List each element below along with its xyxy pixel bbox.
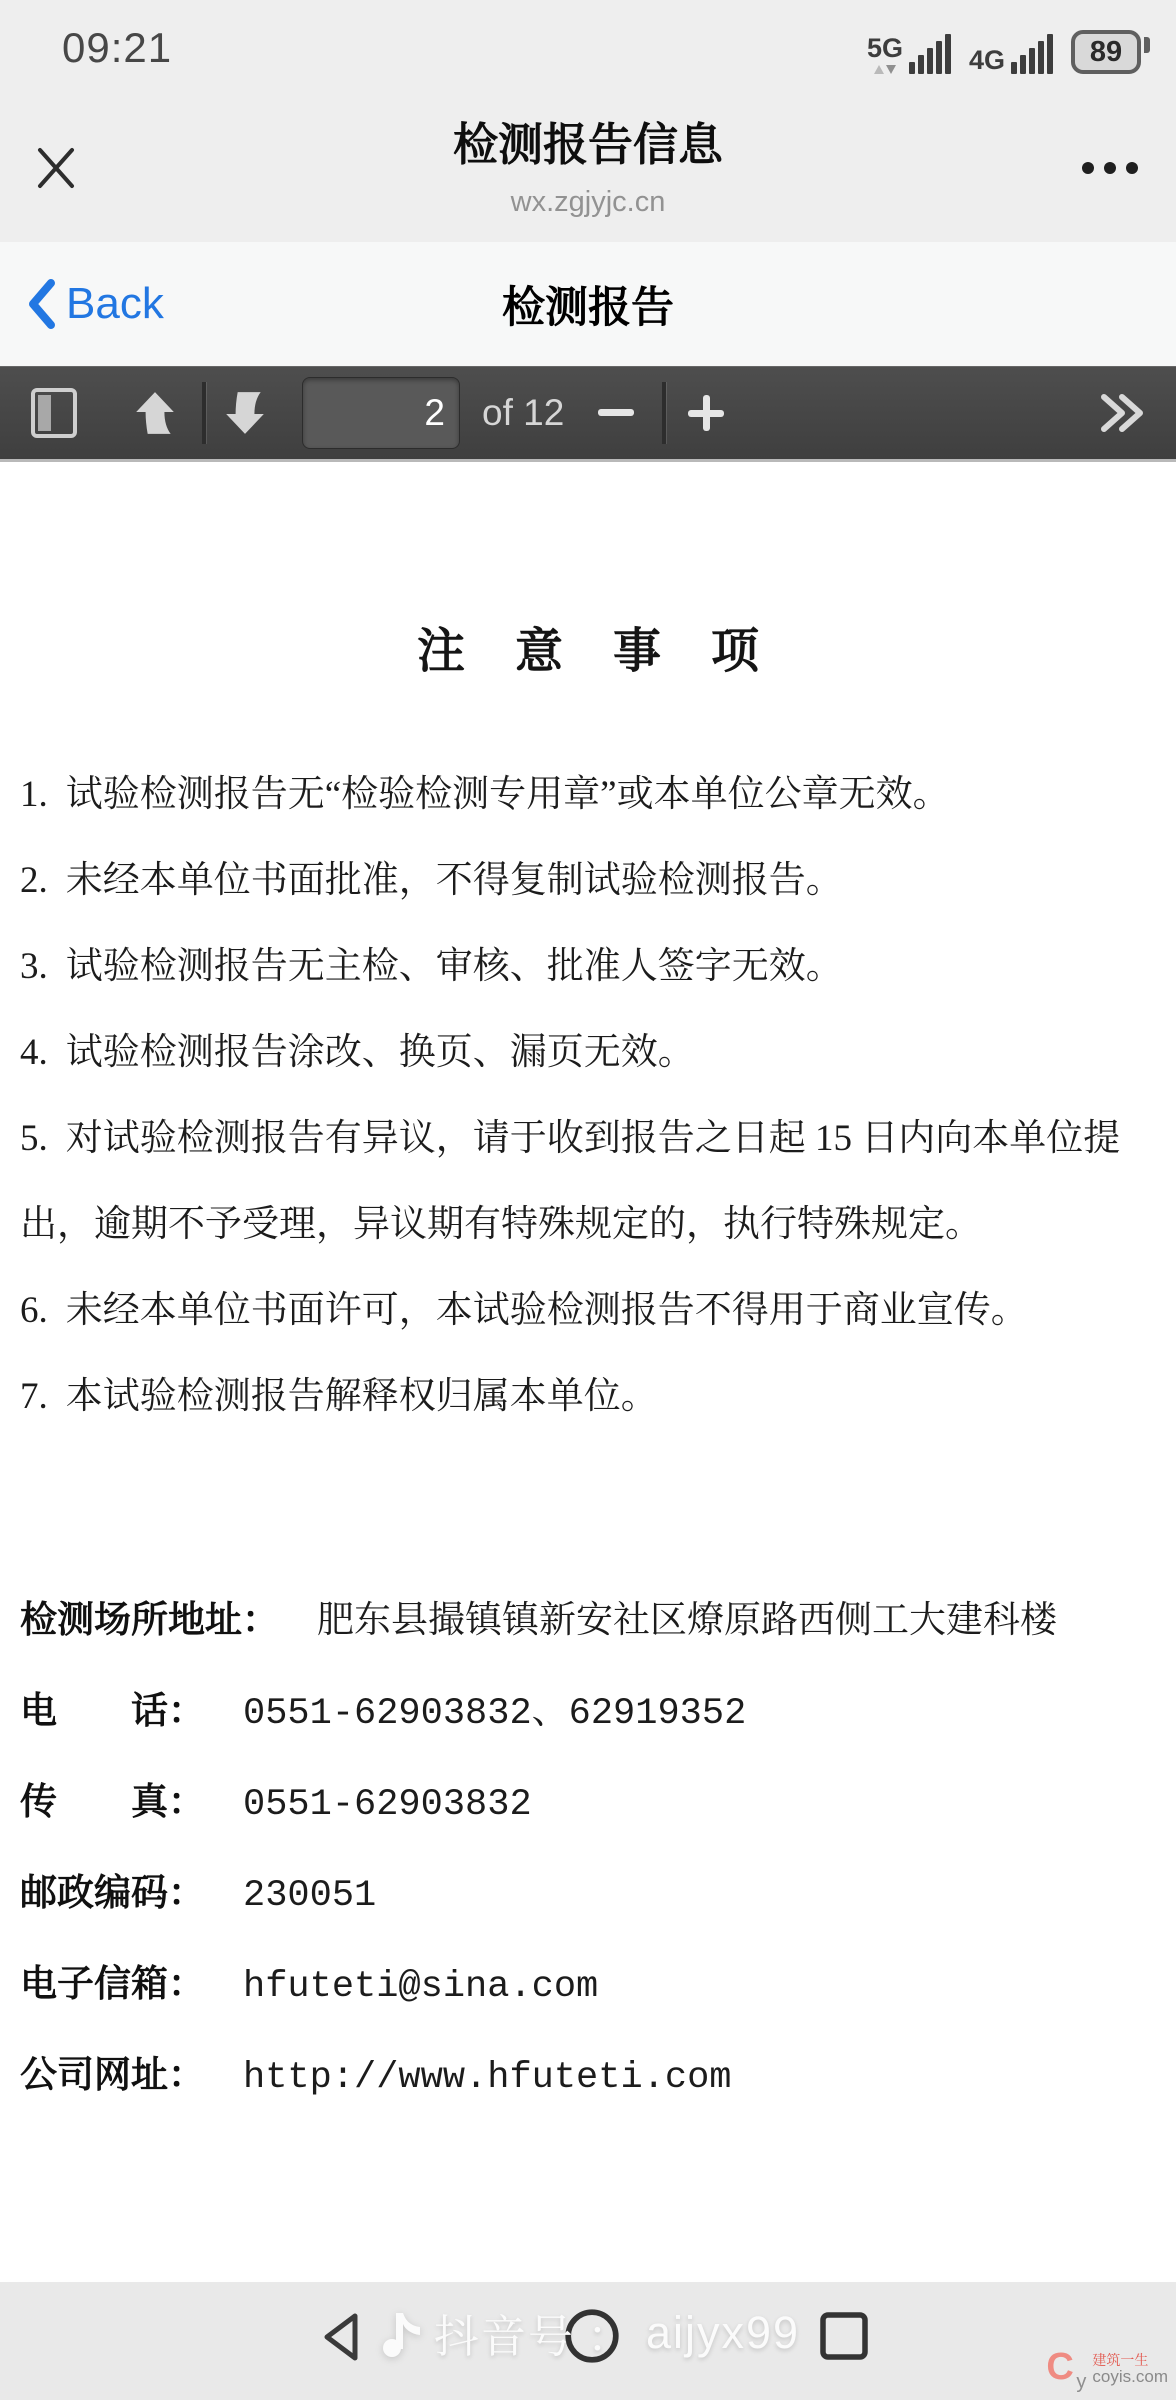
android-home-button[interactable] (562, 2306, 622, 2371)
plus-icon (688, 395, 724, 431)
page-url: wx.zgjyjc.cn (0, 186, 1176, 219)
android-back-button[interactable] (316, 2308, 364, 2371)
close-icon (30, 142, 82, 194)
contact-fax: 传 真：0551-62903832 (20, 1758, 1156, 1849)
coyis-logo: C y (1046, 2348, 1086, 2392)
battery-icon: 89 (1071, 30, 1150, 74)
notice-item-7: 7.本试验检测报告解释权归属本单位。 (20, 1354, 1156, 1440)
android-nav-bar: 抖音号 ： aijyx99 C y 建筑一生 coyis.com (0, 2282, 1176, 2400)
arrow-up-icon (132, 390, 178, 436)
square-recents-icon (816, 2308, 872, 2364)
next-page-button[interactable] (222, 366, 268, 459)
notice-item-4: 4.试验检测报告涂改、换页、漏页无效。 (20, 1010, 1156, 1096)
triangle-back-icon (316, 2308, 364, 2366)
previous-page-button[interactable] (132, 366, 178, 459)
corner-brand: 建筑一生 (1092, 2353, 1168, 2368)
document-title: 注意事项 (20, 628, 1156, 676)
toolbar-overflow-button[interactable] (1096, 366, 1148, 459)
notice-item-2: 2.未经本单位书面批准，不得复制试验检测报告。 (20, 838, 1156, 924)
ellipsis-icon (1082, 162, 1094, 174)
corner-site: coyis.com (1092, 2368, 1168, 2387)
contact-phone: 电 话：0551-62903832、62919352 (20, 1667, 1156, 1758)
network-4g-label: 4G (969, 46, 1005, 74)
page-title: 检测报告信息 (0, 108, 1176, 173)
douyin-note-icon (376, 2305, 422, 2361)
pdf-page[interactable]: 注意事项 1.试验检测报告无“检验检测专用章”或本单位公章无效。 2.未经本单位… (0, 462, 1176, 2282)
sidebar-toggle-button[interactable] (30, 366, 78, 459)
minus-icon (598, 409, 634, 416)
more-menu-button[interactable] (1082, 158, 1138, 178)
double-chevron-right-icon (1096, 388, 1148, 438)
signal-4g-icon: 4G (969, 34, 1053, 74)
page-number-input[interactable] (302, 377, 460, 449)
notice-item-1: 1.试验检测报告无“检验检测专用章”或本单位公章无效。 (20, 752, 1156, 838)
notice-item-3: 3.试验检测报告无主检、审核、批准人签字无效。 (20, 924, 1156, 1010)
network-arrows-icon (874, 62, 896, 74)
close-button[interactable] (30, 142, 82, 194)
contact-block: 检测场所地址：肥东县撮镇镇新安社区燎原路西侧工大建科楼 电 话：0551-629… (20, 1576, 1156, 2122)
toolbar-separator (662, 382, 666, 444)
circle-home-icon (562, 2306, 622, 2366)
report-title: 检测报告 (0, 242, 1176, 366)
pdf-toolbar: of 12 (0, 366, 1176, 462)
android-recents-button[interactable] (816, 2308, 872, 2369)
ellipsis-icon (1104, 162, 1116, 174)
contact-email: 电子信箱：hfuteti@sina.com (20, 1940, 1156, 2031)
battery-percent: 89 (1090, 36, 1122, 69)
browser-header: 检测报告信息 wx.zgjyjc.cn (0, 90, 1176, 242)
sidebar-icon (30, 386, 78, 440)
douyin-label: 抖音号 (434, 2300, 575, 2365)
signal-5g-icon: 5G (867, 34, 951, 74)
corner-watermark: C y 建筑一生 coyis.com (1046, 2348, 1168, 2392)
contact-website: 公司网址：http://www.hfuteti.com (20, 2031, 1156, 2122)
status-icons: 5G 4G 89 (867, 16, 1150, 74)
clock: 09:21 (62, 24, 172, 72)
zoom-out-button[interactable] (598, 366, 634, 459)
network-5g-label: 5G (867, 34, 903, 62)
signal-bars-icon (909, 34, 951, 74)
page-count-label: of 12 (482, 366, 564, 459)
contact-postal-code: 邮政编码：230051 (20, 1849, 1156, 1940)
zoom-in-button[interactable] (688, 366, 724, 459)
phone-screen: 09:21 5G 4G 89 检测报告信息 wx.zgjyjc.cn (0, 0, 1176, 2400)
ellipsis-icon (1126, 162, 1138, 174)
contact-address: 检测场所地址：肥东县撮镇镇新安社区燎原路西侧工大建科楼 (20, 1576, 1156, 1667)
notice-item-6: 6.未经本单位书面许可，本试验检测报告不得用于商业宣传。 (20, 1268, 1156, 1354)
toolbar-separator (202, 382, 206, 444)
notice-item-5: 5.对试验检测报告有异议，请于收到报告之日起 15 日内向本单位提出，逾期不予受… (20, 1096, 1156, 1268)
status-bar: 09:21 5G 4G 89 (0, 0, 1176, 90)
douyin-account: aijyx99 (646, 2307, 800, 2359)
signal-bars-icon (1011, 34, 1053, 74)
arrow-down-icon (222, 390, 268, 436)
navigation-bar: Back 检测报告 (0, 242, 1176, 366)
